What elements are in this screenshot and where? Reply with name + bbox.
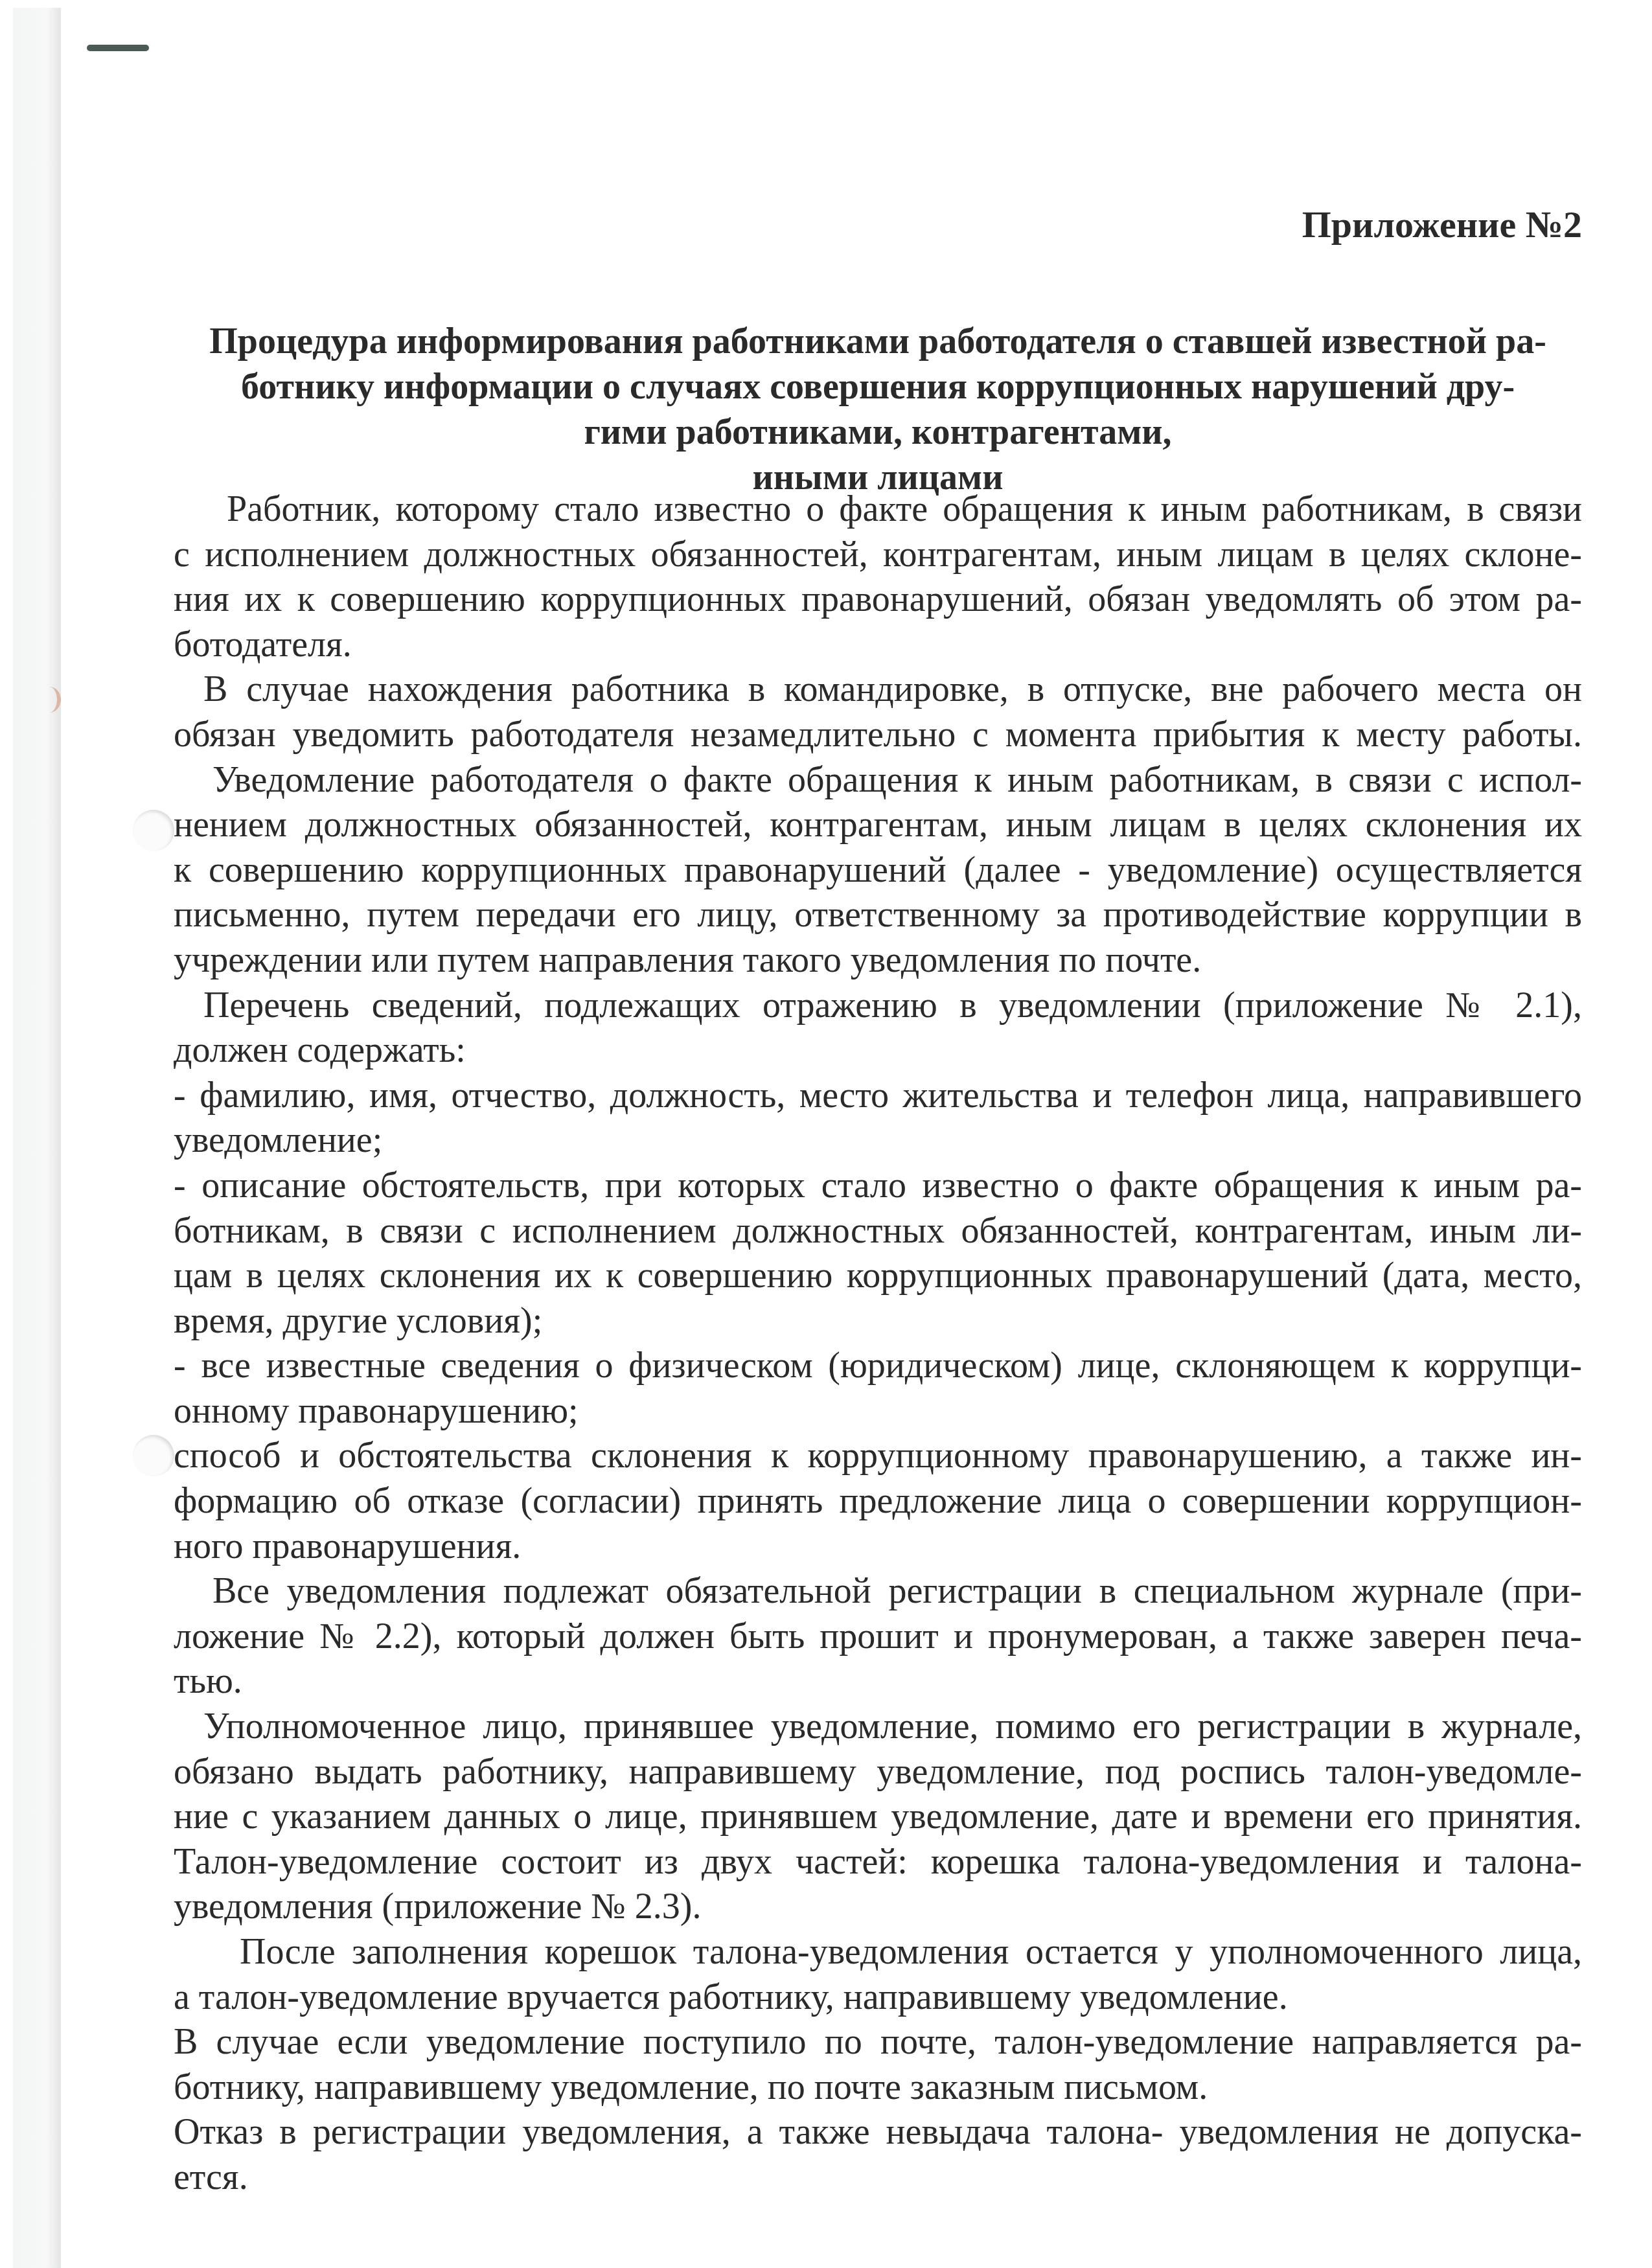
text-line: онному правонарушению; xyxy=(174,1389,1582,1434)
punch-hole xyxy=(133,1435,174,1476)
text-line: письменно, путем передачи его лицу, отве… xyxy=(174,893,1582,938)
text-line: к совершению коррупционных правонарушени… xyxy=(174,848,1582,893)
text-line: В случае если уведомление поступило по п… xyxy=(174,2020,1582,2065)
text-line: - фамилию, имя, отчество, должность, мес… xyxy=(174,1073,1582,1119)
list-item-method: способ и обстоятельства склонения к корр… xyxy=(174,1434,1582,1569)
text-line: а талон-уведомление вручается работнику,… xyxy=(174,1975,1582,2021)
text-line: ние с указанием данных о лице, принявшем… xyxy=(174,1794,1582,1840)
title-line: ботнику информации о случаях совершения … xyxy=(174,364,1582,409)
text-line: обязано выдать работнику, направившему у… xyxy=(174,1750,1582,1795)
text-line: После заполнения корешок талона-уведомле… xyxy=(174,1930,1582,1975)
list-item-circumstances: - описание обстоятельств, при которых ст… xyxy=(174,1163,1582,1344)
text-line: В случае нахождения работника в командир… xyxy=(174,667,1582,713)
text-line: способ и обстоятельства склонения к корр… xyxy=(174,1434,1582,1479)
text-line: Уведомление работодателя о факте обращен… xyxy=(174,758,1582,803)
text-line: - описание обстоятельств, при которых ст… xyxy=(174,1163,1582,1209)
text-line: тью. xyxy=(174,1659,1582,1704)
scan-edge-strip xyxy=(13,8,61,2268)
text-line: уведомление; xyxy=(174,1118,1582,1163)
paragraph-required-info: Перечень сведений, подлежащих отражению … xyxy=(174,983,1582,1073)
text-line: нением должностных обязанностей, контраг… xyxy=(174,803,1582,848)
text-line: с исполнением должностных обязанностей, … xyxy=(174,533,1582,578)
text-line: ния их к совершению коррупционных правон… xyxy=(174,577,1582,623)
text-line: уведомления (приложение № 2.3). xyxy=(174,1884,1582,1930)
document-body: Работник, которому стало известно о факт… xyxy=(174,487,1582,2201)
text-line: учреждении или путем направления такого … xyxy=(174,938,1582,983)
paragraph-after-filling: После заполнения корешок талона-уведомле… xyxy=(174,1930,1582,2201)
paragraph-talon: Уполномоченное лицо, принявшее уведомлен… xyxy=(174,1704,1582,1930)
text-line: ботникам, в связи с исполнением должност… xyxy=(174,1209,1582,1254)
text-line: ется. xyxy=(174,2155,1582,2201)
text-line: ботнику, направившему уведомление, по по… xyxy=(174,2065,1582,2111)
text-line: формацию об отказе (согласии) принять пр… xyxy=(174,1479,1582,1524)
title-line: Процедура информирования работниками раб… xyxy=(174,319,1582,364)
text-line: Работник, которому стало известно о факт… xyxy=(174,487,1582,533)
text-line: Талон-уведомление состоит из двух частей… xyxy=(174,1840,1582,1885)
text-line: Уполномоченное лицо, принявшее уведомлен… xyxy=(174,1704,1582,1750)
list-item-person-info: - все известные сведения о физическом (ю… xyxy=(174,1344,1582,1434)
text-line: должен содержать: xyxy=(174,1028,1582,1073)
list-item-personal-data: - фамилию, имя, отчество, должность, мес… xyxy=(174,1073,1582,1163)
text-line: ложение № 2.2), который должен быть прош… xyxy=(174,1614,1582,1660)
appendix-label: Приложение №2 xyxy=(1302,202,1582,247)
paragraph-registration: Все уведомления подлежат обязательной ре… xyxy=(174,1569,1582,1704)
punch-hole xyxy=(133,810,174,851)
text-line: Все уведомления подлежат обязательной ре… xyxy=(174,1569,1582,1614)
title-line: гими работниками, контрагентами, xyxy=(174,409,1582,455)
document-title: Процедура информирования работниками раб… xyxy=(174,319,1582,500)
text-line: Отказ в регистрации уведомления, а также… xyxy=(174,2110,1582,2155)
staple-stain xyxy=(38,687,61,713)
text-line: время, другие условия); xyxy=(174,1299,1582,1344)
paragraph-absence: В случае нахождения работника в командир… xyxy=(174,667,1582,757)
paragraph-notification-method: Уведомление работодателя о факте обращен… xyxy=(174,758,1582,983)
text-line: ботодателя. xyxy=(174,623,1582,668)
corner-mark xyxy=(87,45,149,51)
text-line: - все известные сведения о физическом (ю… xyxy=(174,1344,1582,1389)
text-line: Перечень сведений, подлежащих отражению … xyxy=(174,983,1582,1029)
text-line: ного правонарушения. xyxy=(174,1524,1582,1570)
paragraph-reporting-duty: Работник, которому стало известно о факт… xyxy=(174,487,1582,667)
text-line: обязан уведомить работодателя незамедлит… xyxy=(174,713,1582,758)
text-line: цам в целях склонения их к совершению ко… xyxy=(174,1254,1582,1299)
